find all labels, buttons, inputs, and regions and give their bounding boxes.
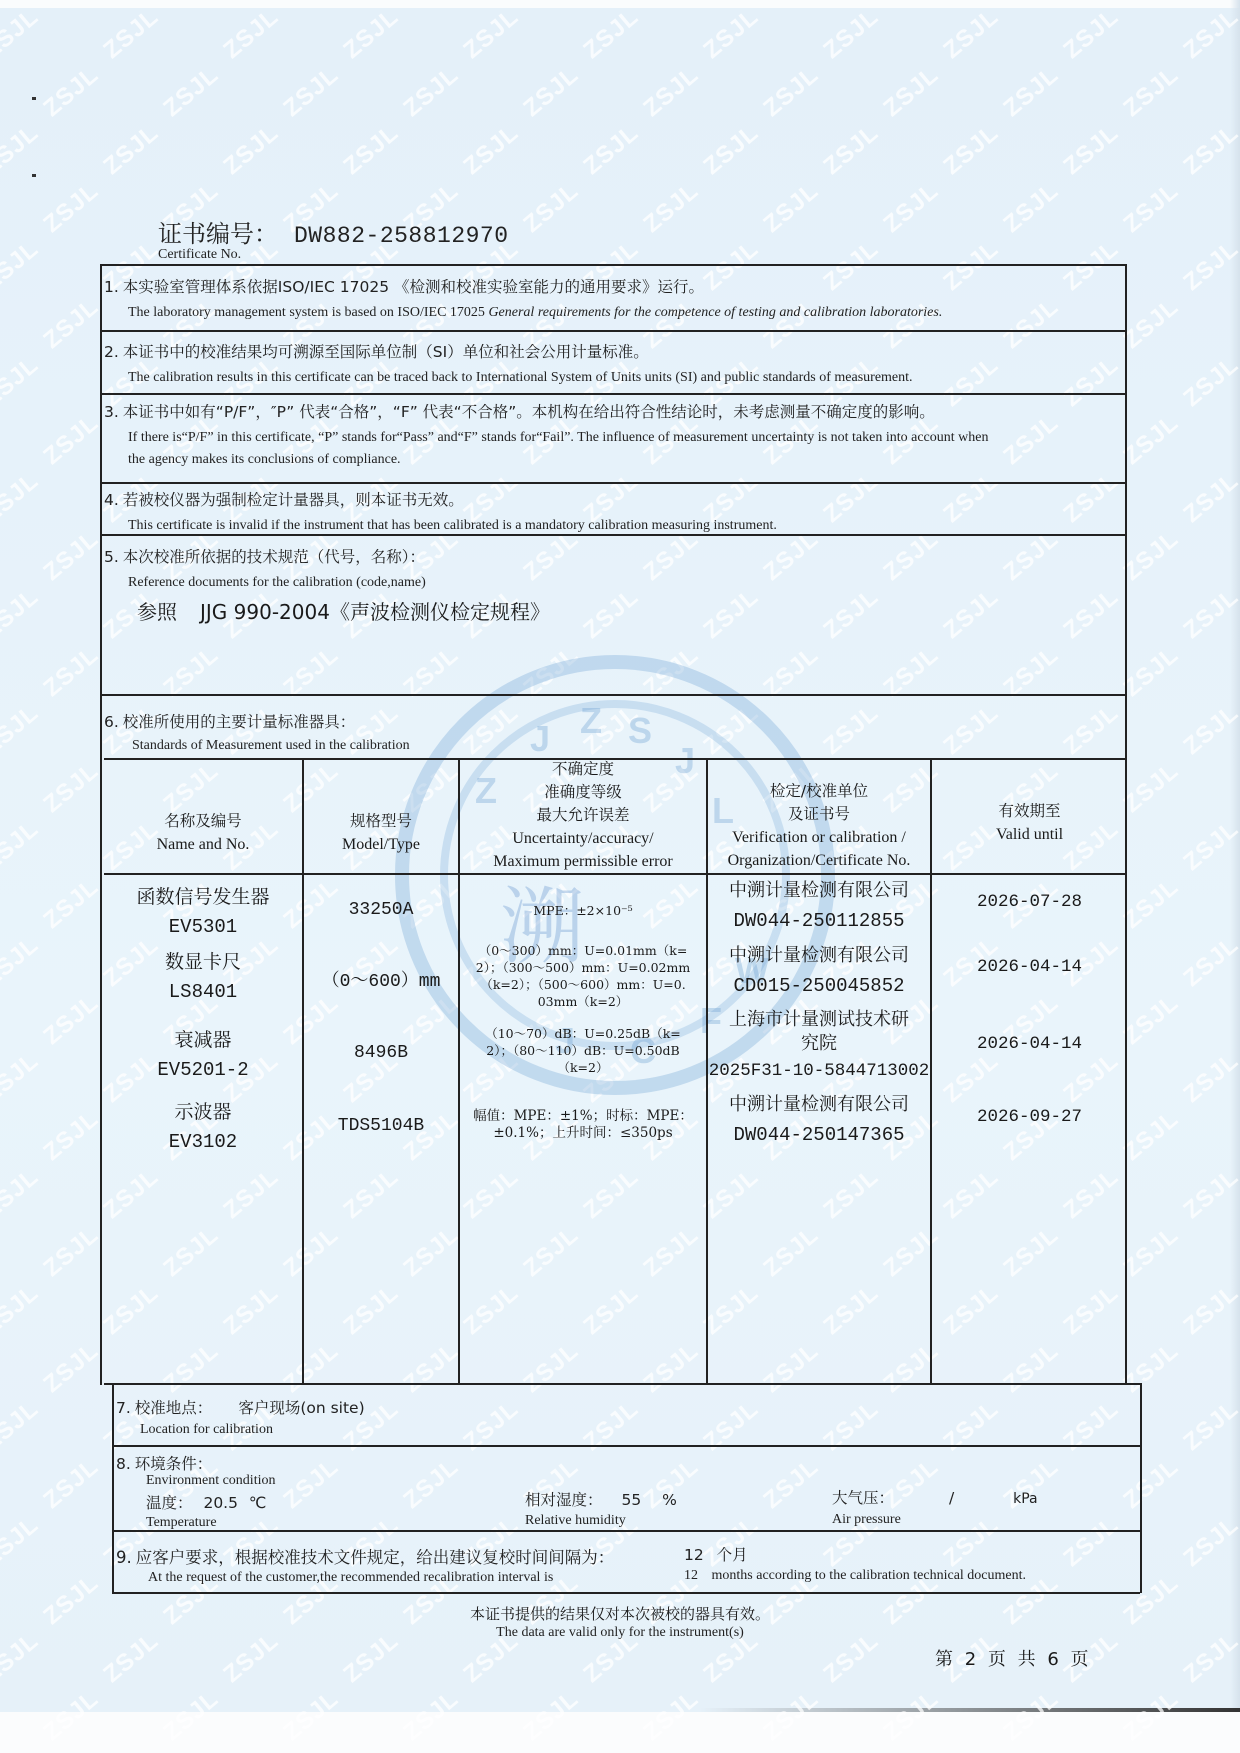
scan-bottom-shadow [700, 1708, 1240, 1712]
table-row-4-organization: 中溯计量检测有限公司 DW044-250147365 [708, 1090, 930, 1150]
statement-3-en-line2: the agency makes its conclusions of comp… [128, 452, 988, 468]
location-label: 校准地点： [135, 1399, 213, 1417]
environment-conditions: 8. 环境条件： [116, 1452, 212, 1474]
recalibration-unit-cn: 个月 [717, 1546, 748, 1564]
organization-name: 中溯计量检测有限公司 [708, 1090, 930, 1120]
uncertainty-line: 2）；（80～110）dB：U=0.50dB [460, 1042, 706, 1059]
table-row-1-valid-until: 2026-07-28 [932, 892, 1127, 912]
organization-name: 上海市计量测试技术研 [708, 1008, 930, 1032]
footer-validity-cn: 本证书提供的结果仅对本次被校的器具有效。 [0, 1603, 1240, 1624]
uncertainty-line: 幅值：MPE：±1%；时标：MPE： [460, 1108, 706, 1125]
organization-name: 中溯计量检测有限公司 [708, 941, 930, 971]
header-cn: 检定/校准单位 [708, 780, 930, 803]
humidity-label-en: Relative humidity [525, 1513, 626, 1529]
statement-5-en: Reference documents for the calibration … [128, 575, 426, 591]
divider [100, 482, 1125, 484]
statement-4-cn: 若被校仪器为强制检定计量器具，则本证书无效。 [123, 491, 464, 509]
table-row-3-name: 衰减器 EV5201-2 [104, 1025, 302, 1085]
divider [100, 694, 1125, 696]
table-row-3-uncertainty: （10～70）dB：U=0.25dB（k= 2）；（80～110）dB：U=0.… [460, 1025, 706, 1076]
instrument-name: 衰减器 [104, 1025, 302, 1055]
footer-validity-en: The data are valid only for the instrume… [0, 1625, 1240, 1641]
header-en: Organization/Certificate No. [708, 849, 930, 872]
reference-document: 参照 JJG 990-2004《声波检测仪检定规程》 [137, 596, 550, 625]
table-row-2-name: 数显卡尺 LS8401 [104, 947, 302, 1007]
table-row-4-valid-until: 2026-09-27 [932, 1107, 1127, 1127]
statement-4: 4. 若被校仪器为强制检定计量器具，则本证书无效。 This certifica… [104, 488, 777, 534]
instrument-name: 函数信号发生器 [104, 882, 302, 912]
column-header-valid-until: 有效期至 Valid until [932, 800, 1127, 846]
divider [112, 1530, 1140, 1532]
header-cn: 规格型号 [304, 810, 458, 833]
reference-prefix: 参照 [137, 600, 177, 624]
divider [100, 264, 1125, 266]
table-row-2-organization: 中溯计量检测有限公司 CD015-250045852 [708, 941, 930, 1001]
statement-4-number: 4. [104, 491, 119, 509]
certificate-number-label: 证书编号： [158, 220, 278, 248]
statement-1-number: 1. [104, 278, 119, 296]
header-en: Verification or calibration / [708, 826, 930, 849]
recalibration-value-en: 12 months according to the calibration t… [684, 1568, 1026, 1584]
table-row-2-model: （0～600）mm [304, 966, 458, 992]
recalibration-text: 应客户要求，根据校准技术文件规定，给出建议复校时间间隔为： [136, 1548, 615, 1567]
uncertainty-line: （0～300）mm：U=0.01mm（k= [460, 942, 706, 959]
certificate-number-value: DW882-258812970 [294, 223, 509, 249]
recalibration-value: 12 [684, 1546, 704, 1564]
pressure-label: 大气压： [832, 1489, 894, 1507]
organization-certificate-no: CD015-250045852 [708, 971, 930, 1001]
statement-5: 5. 本次校准所依据的技术规范（代号，名称）： Reference docume… [104, 545, 426, 591]
scan-speck [32, 97, 36, 100]
statement-1-en-text: The laboratory management system is base… [128, 305, 488, 320]
uncertainty-line: 2）；（300～500）mm：U=0.02mm [460, 959, 706, 976]
certificate-number-label-en: Certificate No. [158, 247, 241, 263]
organization-name-cont: 究院 [708, 1032, 930, 1056]
statement-3-number: 3. [104, 403, 119, 421]
table-row-3-organization: 上海市计量测试技术研 究院 2025F31-10-5844713002 [708, 1008, 930, 1086]
recalibration-unit-en: months according to the calibration tech… [712, 1568, 1027, 1583]
divider [104, 1383, 1140, 1385]
table-header-border [104, 873, 1127, 875]
recalibration-value-cn: 12 个月 [684, 1543, 748, 1565]
column-header-name: 名称及编号 Name and No. [104, 810, 302, 856]
calibration-location: 7. 校准地点： 客户现场(on site) Location for cali… [116, 1396, 365, 1438]
statement-6: 6. 校准所使用的主要计量标准器具： Standards of Measurem… [104, 710, 410, 754]
humidity: 相对湿度： 55 % [525, 1488, 677, 1510]
scan-bottom-margin [0, 1712, 1240, 1753]
divider [112, 1445, 1140, 1447]
instrument-code: LS8401 [104, 977, 302, 1007]
header-cn: 不确定度 [460, 758, 706, 781]
uncertainty-line: （k=2）；（500～600）mm：U=0. [460, 976, 706, 993]
column-header-organization: 检定/校准单位 及证书号 Verification or calibration… [708, 780, 930, 872]
statement-2-number: 2. [104, 343, 119, 361]
pressure-label-en: Air pressure [832, 1512, 901, 1528]
temperature-value: 20.5 [203, 1494, 238, 1512]
table-row-4-model: TDS5104B [304, 1116, 458, 1136]
uncertainty-line: ±0.1%；上升时间：≤350ps [460, 1125, 706, 1142]
statement-1-cn: 本实验室管理体系依据ISO/IEC 17025 《检测和校准实验室能力的通用要求… [123, 278, 704, 296]
instrument-name: 示波器 [104, 1097, 302, 1127]
location-label-en: Location for calibration [140, 1422, 365, 1438]
organization-certificate-no: DW044-250112855 [708, 906, 930, 936]
divider [112, 1592, 1140, 1594]
statement-1-en: The laboratory management system is base… [128, 305, 942, 321]
statement-2-en: The calibration results in this certific… [128, 370, 913, 386]
scan-right-edge [1230, 0, 1240, 1712]
uncertainty-line: 03mm（k=2） [460, 993, 706, 1010]
table-row-3-model: 8496B [304, 1043, 458, 1063]
temperature: 温度： 20.5 ℃ [146, 1491, 266, 1513]
uncertainty-line: （k=2） [460, 1059, 706, 1076]
uncertainty-line: （10～70）dB：U=0.25dB（k= [460, 1025, 706, 1042]
page-number: 第 2 页 共 6 页 [935, 1645, 1089, 1671]
environment-number: 8. [116, 1455, 131, 1473]
uncertainty-line: MPE：±2×10⁻⁵ [460, 902, 706, 919]
organization-certificate-no: 2025F31-10-5844713002 [708, 1056, 930, 1086]
statement-6-en: Standards of Measurement used in the cal… [132, 738, 410, 754]
table-row-1-name: 函数信号发生器 EV5301 [104, 882, 302, 942]
air-pressure: 大气压： / kPa [832, 1486, 1038, 1508]
table-column-divider [930, 758, 932, 1385]
statement-3-en-line1: If there is“P/F” in this certificate, “P… [128, 430, 988, 446]
scan-top-margin [0, 0, 1240, 8]
statement-1-en-title: General requirements for the competence … [488, 305, 942, 320]
statement-3: 3. 本证书中如有“P/F”，″P” 代表“合格”，“F” 代表“不合格”。本机… [104, 400, 988, 468]
table-row-3-valid-until: 2026-04-14 [932, 1034, 1127, 1054]
header-en: Valid until [932, 823, 1127, 846]
header-cn: 最大允许误差 [460, 804, 706, 827]
column-header-model: 规格型号 Model/Type [304, 810, 458, 856]
organization-certificate-no: DW044-250147365 [708, 1120, 930, 1150]
instrument-name: 数显卡尺 [104, 947, 302, 977]
recalibration-interval: 9. 应客户要求，根据校准技术文件规定，给出建议复校时间间隔为： [116, 1544, 614, 1568]
table-row-4-uncertainty: 幅值：MPE：±1%；时标：MPE： ±0.1%；上升时间：≤350ps [460, 1108, 706, 1142]
recalibration-text-en: At the request of the customer,the recom… [148, 1570, 553, 1586]
divider [100, 330, 1125, 332]
environment-label: 环境条件： [135, 1455, 213, 1473]
location-value: 客户现场(on site) [238, 1399, 364, 1417]
header-en: Name and No. [104, 833, 302, 856]
header-cn: 有效期至 [932, 800, 1127, 823]
header-cn: 准确度等级 [460, 781, 706, 804]
divider [100, 393, 1125, 395]
header-en: Model/Type [304, 833, 458, 856]
pressure-value: / [949, 1489, 954, 1507]
statement-1: 1. 本实验室管理体系依据ISO/IEC 17025 《检测和校准实验室能力的通… [104, 275, 942, 321]
organization-name: 中溯计量检测有限公司 [708, 876, 930, 906]
table-row-2-valid-until: 2026-04-14 [932, 957, 1127, 977]
location-number: 7. [116, 1399, 131, 1417]
temperature-label-en: Temperature [146, 1515, 217, 1531]
recalibration-number: 9. [116, 1548, 132, 1567]
temperature-unit: ℃ [249, 1494, 266, 1512]
recalibration-value-en-num: 12 [684, 1568, 698, 1583]
statement-2: 2. 本证书中的校准结果均可溯源至国际单位制（SI）单位和社会公用计量标准。 T… [104, 340, 913, 386]
humidity-label: 相对湿度： [525, 1491, 603, 1509]
instrument-code: EV5301 [104, 912, 302, 942]
certificate-number: 证书编号：DW882-258812970 [158, 214, 509, 249]
statement-5-number: 5. [104, 548, 119, 566]
statement-6-cn: 校准所使用的主要计量标准器具： [123, 713, 356, 731]
pressure-unit: kPa [1013, 1491, 1038, 1507]
statement-4-en: This certificate is invalid if the instr… [128, 518, 777, 534]
humidity-unit: % [662, 1491, 677, 1509]
divider [100, 534, 1125, 536]
statement-6-number: 6. [104, 713, 119, 731]
environment-label-en: Environment condition [146, 1473, 275, 1489]
instrument-code: EV3102 [104, 1127, 302, 1157]
instrument-code: EV5201-2 [104, 1055, 302, 1085]
table-row-1-model: 33250A [304, 900, 458, 920]
humidity-value: 55 [621, 1491, 641, 1509]
statement-3-cn: 本证书中如有“P/F”，″P” 代表“合格”，“F” 代表“不合格”。本机构在给… [123, 403, 935, 421]
scan-speck [32, 174, 36, 177]
table-row-4-name: 示波器 EV3102 [104, 1097, 302, 1157]
header-cn: 名称及编号 [104, 810, 302, 833]
reference-doc: JJG 990-2004《声波检测仪检定规程》 [200, 600, 550, 624]
table-row-1-organization: 中溯计量检测有限公司 DW044-250112855 [708, 876, 930, 936]
statement-2-cn: 本证书中的校准结果均可溯源至国际单位制（SI）单位和社会公用计量标准。 [123, 343, 649, 361]
table-row-1-uncertainty: MPE：±2×10⁻⁵ [460, 902, 706, 919]
header-en: Uncertainty/accuracy/ [460, 827, 706, 850]
header-cn: 及证书号 [708, 803, 930, 826]
statement-5-cn: 本次校准所依据的技术规范（代号，名称）： [123, 548, 425, 566]
table-row-2-uncertainty: （0～300）mm：U=0.01mm（k= 2）；（300～500）mm：U=0… [460, 942, 706, 1010]
header-en: Maximum permissible error [460, 850, 706, 873]
column-header-uncertainty: 不确定度 准确度等级 最大允许误差 Uncertainty/accuracy/ … [460, 758, 706, 873]
temperature-label: 温度： [146, 1494, 193, 1512]
